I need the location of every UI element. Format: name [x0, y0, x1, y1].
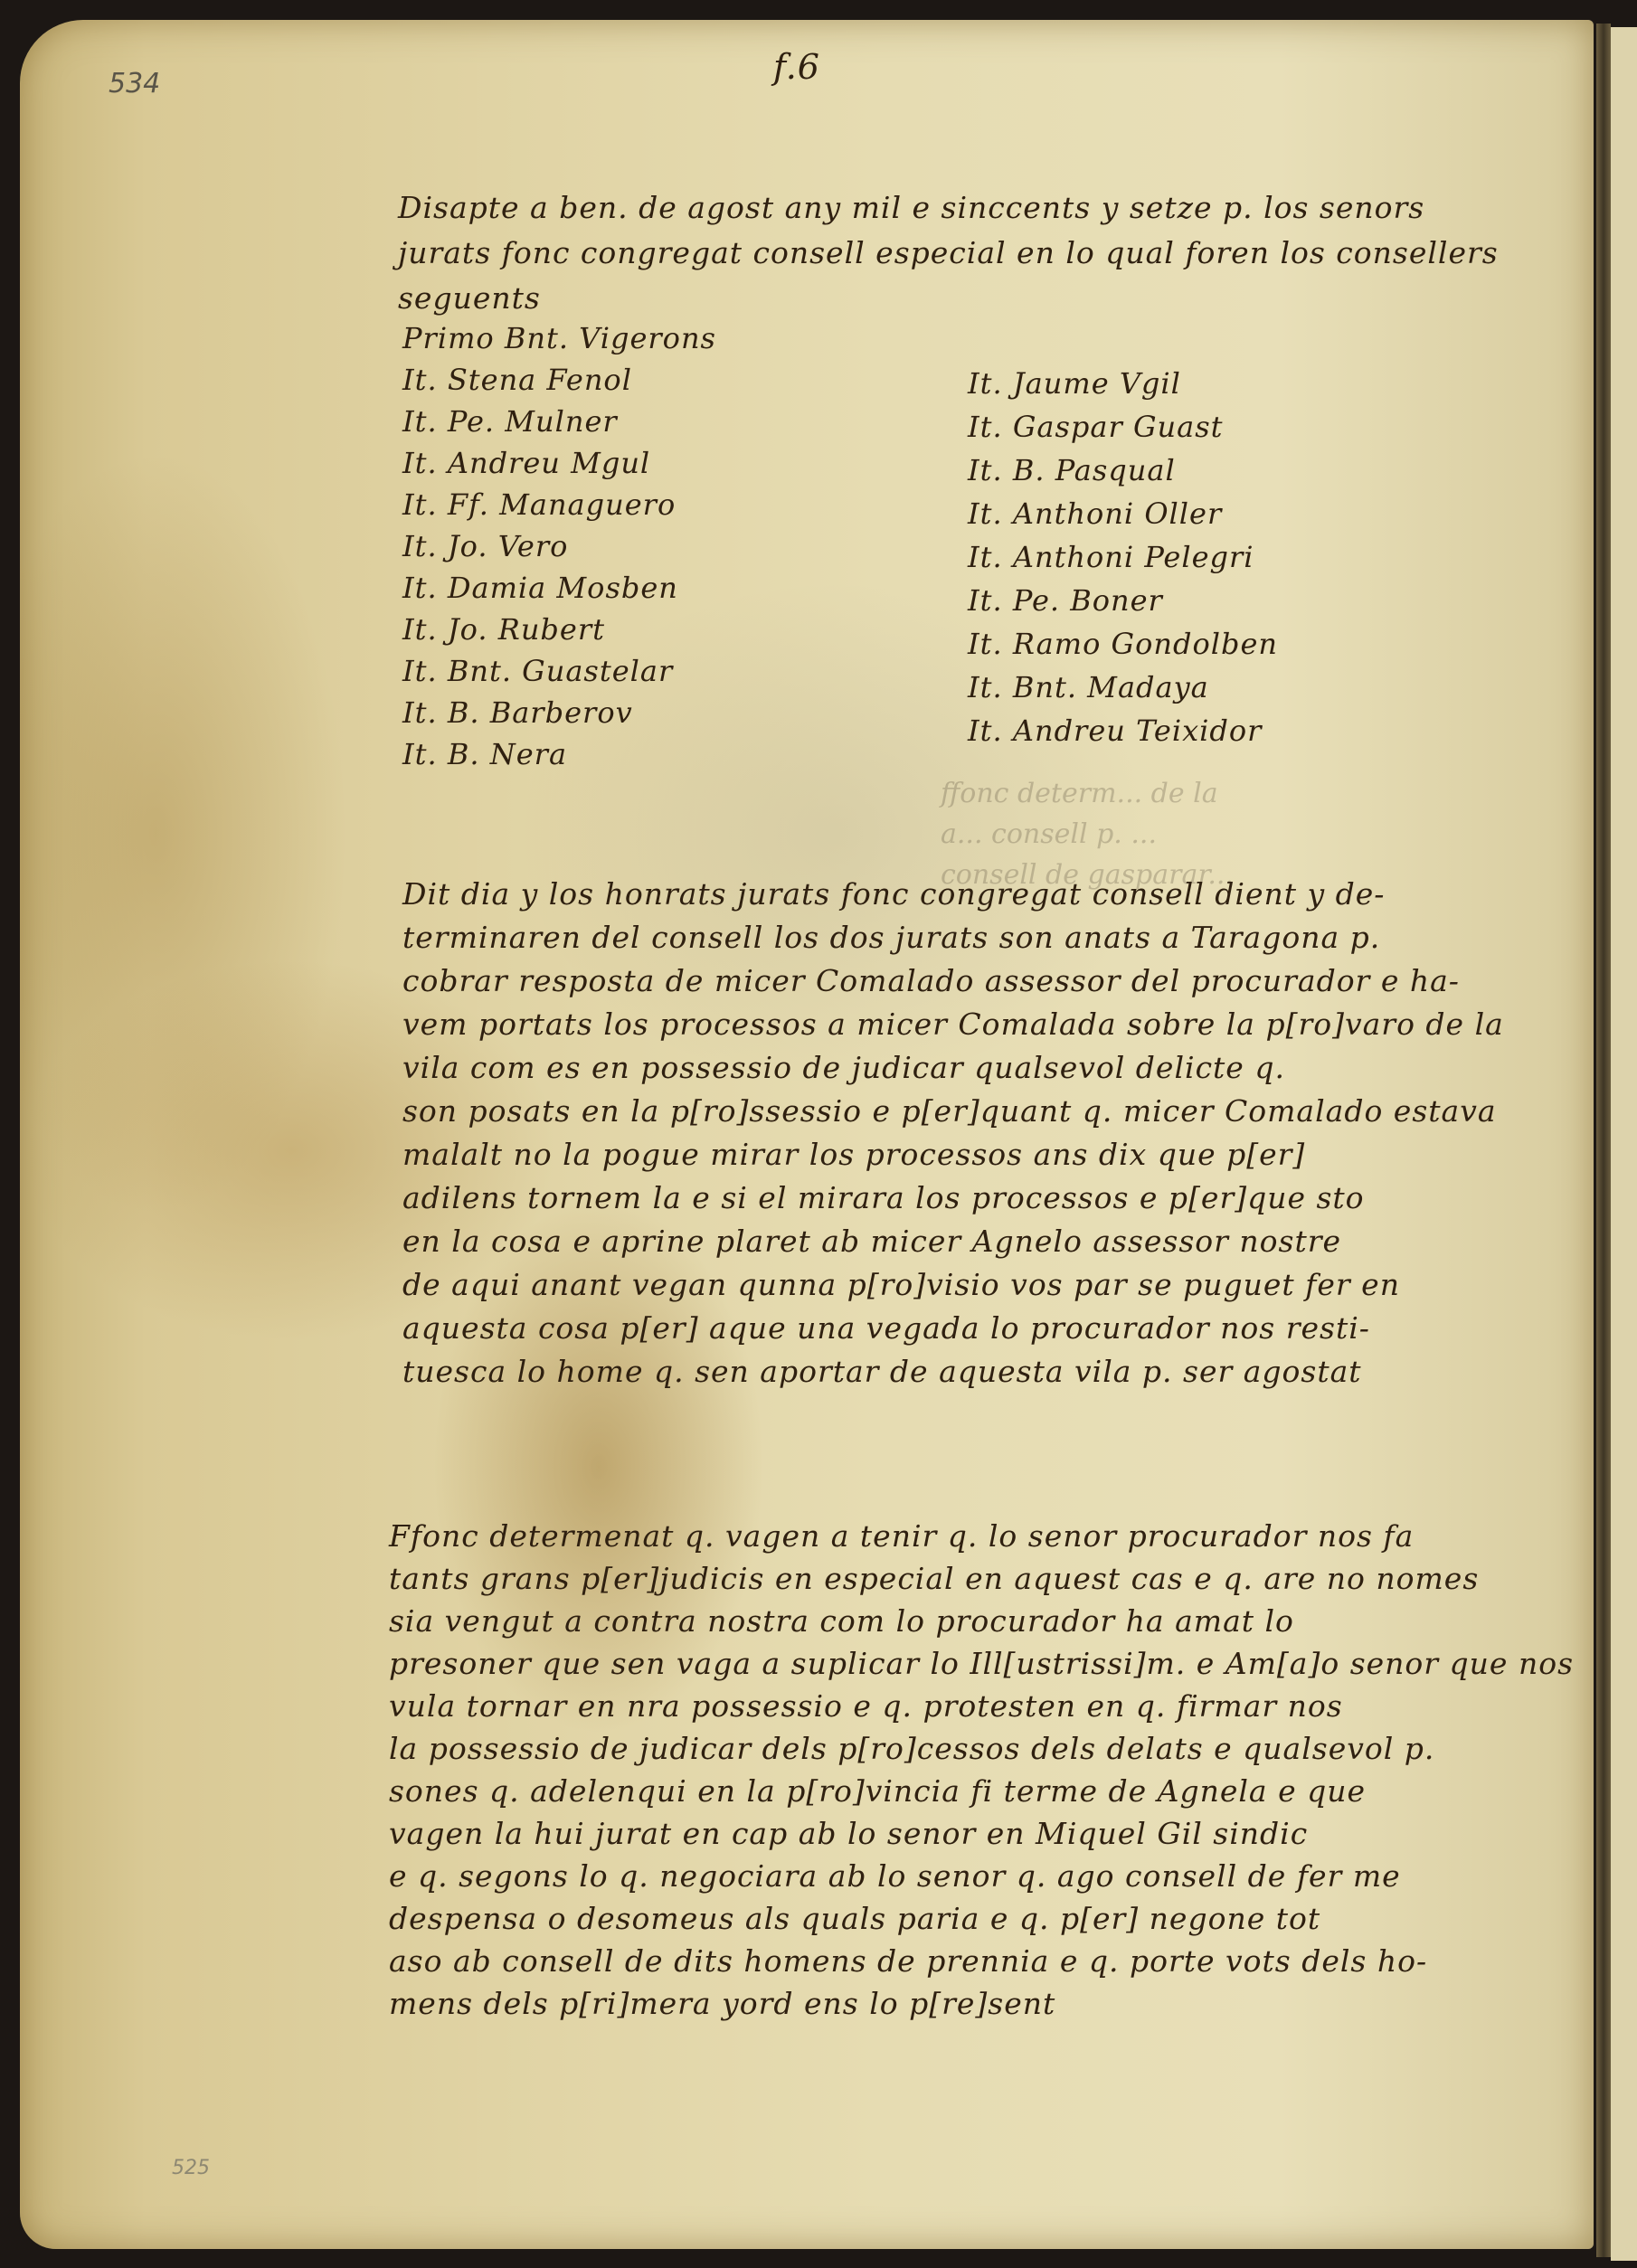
- ghost-line: a... consell p. ...: [941, 814, 1234, 855]
- text-line: presoner que sen vaga a suplicar lo Ill[…: [389, 1642, 1574, 1685]
- paragraph-determination: Ffonc determenat q. vagen a tenir q. lo …: [389, 1515, 1574, 2025]
- text-line: adilens tornem la e si el mirara los pro…: [402, 1177, 1504, 1220]
- folio-number-pencil: 534: [109, 68, 160, 99]
- text-line: aso ab consell de dits homens de prennia…: [389, 1940, 1574, 1982]
- folio-mark: f.6: [773, 47, 820, 87]
- text-line: de aqui anant vegan qunna p[ro]visio vos…: [402, 1263, 1504, 1307]
- ghost-line: ffonc determ... de la: [941, 773, 1234, 814]
- paragraph-opening-session: Disapte a ben. de agost any mil e sincce…: [398, 185, 1499, 321]
- text-line: vagen la hui jurat en cap ab lo senor en…: [389, 1812, 1574, 1855]
- text-line: mens dels p[ri]mera yord ens lo p[re]sen…: [389, 1982, 1574, 2025]
- text-line: Dit dia y los honrats jurats fonc congre…: [402, 873, 1504, 916]
- text-line: sia vengut a contra nostra com lo procur…: [389, 1600, 1574, 1642]
- attendee-name: It. B. Barberov: [402, 691, 716, 732]
- attendee-name: It. Pe. Boner: [968, 579, 1278, 622]
- attendee-name: It. Jo. Rubert: [402, 608, 716, 649]
- attendee-name: It. Pe. Mulner: [402, 400, 716, 441]
- text-line: malalt no la pogue mirar los processos a…: [402, 1133, 1504, 1177]
- attendee-name: It. Ff. Managuero: [402, 483, 716, 524]
- attendee-name: It. Anthoni Oller: [968, 492, 1278, 535]
- attendee-name: It. B. Nera: [402, 732, 716, 774]
- paragraph-deliberation: Dit dia y los honrats jurats fonc congre…: [402, 873, 1504, 1394]
- text-line: cobrar resposta de micer Comalado assess…: [402, 959, 1504, 1003]
- text-line: tuesca lo home q. sen aportar de aquesta…: [402, 1350, 1504, 1394]
- text-line: aquesta cosa p[er] aque una vegada lo pr…: [402, 1307, 1504, 1350]
- attendee-name: It. Andreu Mgul: [402, 441, 716, 483]
- attendees-list-right: It. Jaume Vgil It. Gaspar Guast It. B. P…: [968, 362, 1278, 752]
- attendee-name: It. Anthoni Pelegri: [968, 535, 1278, 579]
- attendee-name: It. Jaume Vgil: [968, 362, 1278, 405]
- attendee-name: It. Gaspar Guast: [968, 405, 1278, 449]
- adjacent-page-edge: [1611, 27, 1637, 2261]
- text-line: sones q. adelenqui en la p[ro]vincia fi …: [389, 1770, 1574, 1812]
- attendee-name: It. Stena Fenol: [402, 358, 716, 400]
- text-line: son posats en la p[ro]ssessio e p[er]qua…: [402, 1090, 1504, 1133]
- text-line: vem portats los processos a micer Comala…: [402, 1003, 1504, 1046]
- attendee-name: It. Bnt. Madaya: [968, 666, 1278, 709]
- text-line: seguents: [398, 276, 1499, 321]
- attendees-list-left: Primo Bnt. Vigerons It. Stena Fenol It. …: [402, 317, 716, 774]
- folio-number-bottom: 525: [172, 2157, 210, 2179]
- text-line: tants grans p[er]judicis en especial en …: [389, 1557, 1574, 1600]
- attendee-name: Primo Bnt. Vigerons: [402, 317, 716, 358]
- text-line: terminaren del consell los dos jurats so…: [402, 916, 1504, 959]
- text-line: jurats fonc congregat consell especial e…: [398, 231, 1499, 276]
- attendee-name: It. Damia Mosben: [402, 566, 716, 608]
- text-line: en la cosa e aprine plaret ab micer Agne…: [402, 1220, 1504, 1263]
- text-line: e q. segons lo q. negociara ab lo senor …: [389, 1855, 1574, 1897]
- text-line: Ffonc determenat q. vagen a tenir q. lo …: [389, 1515, 1574, 1557]
- attendee-name: It. B. Pasqual: [968, 449, 1278, 492]
- text-line: la possessio de judicar dels p[ro]cessos…: [389, 1727, 1574, 1770]
- attendee-name: It. Andreu Teixidor: [968, 709, 1278, 752]
- text-line: vila com es en possessio de judicar qual…: [402, 1046, 1504, 1090]
- attendee-name: It. Jo. Vero: [402, 524, 716, 566]
- attendee-name: It. Bnt. Guastelar: [402, 649, 716, 691]
- text-line: Disapte a ben. de agost any mil e sincce…: [398, 185, 1499, 231]
- text-line: despensa o desomeus als quals paria e q.…: [389, 1897, 1574, 1940]
- binding-gutter: [1596, 24, 1611, 2257]
- attendee-name: It. Ramo Gondolben: [968, 622, 1278, 666]
- text-line: vula tornar en nra possessio e q. protes…: [389, 1685, 1574, 1727]
